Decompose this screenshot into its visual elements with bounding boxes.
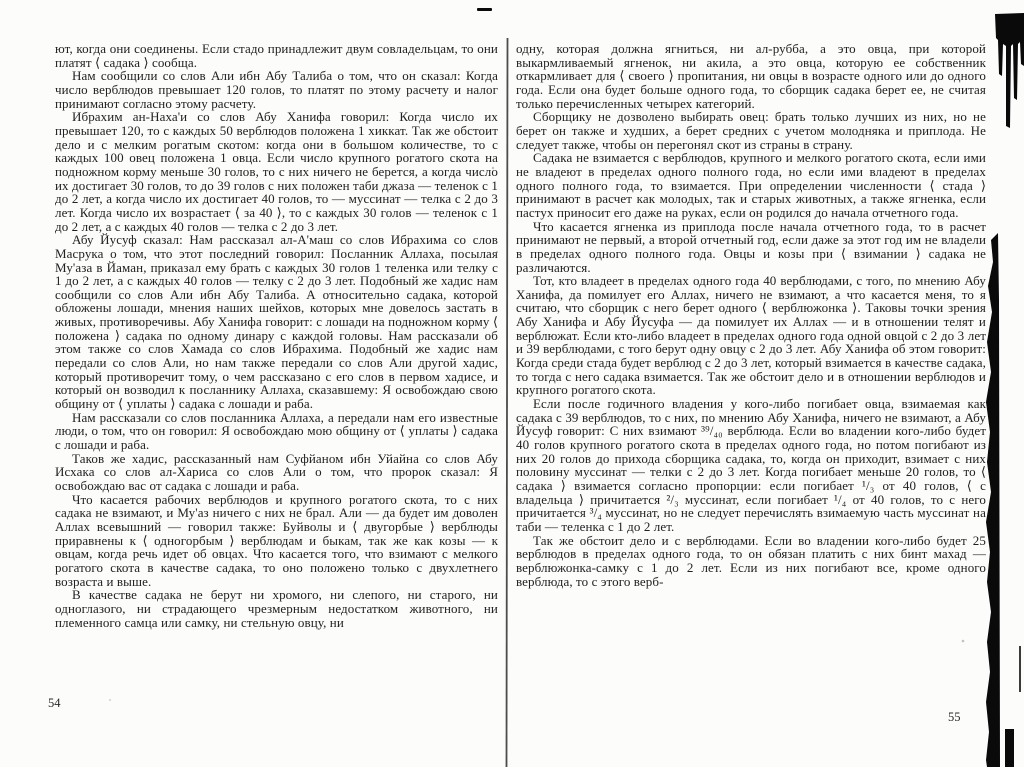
paragraph: ют, когда они соединены. Если стадо прин… <box>55 42 498 69</box>
scan-artifact-edge-line <box>1019 646 1021 692</box>
paragraph: Нам сообщили со слов Али ибн Абу Талиба … <box>55 69 498 110</box>
page-left: ют, когда они соединены. Если стадо прин… <box>55 42 498 629</box>
book-spread: ют, когда они соединены. Если стадо прин… <box>0 0 1024 767</box>
paragraph: Что касается рабочих верблюдов и крупног… <box>55 493 498 589</box>
paragraph: Что касается ягненка из приплода после н… <box>516 220 986 275</box>
paragraph: Садака не взимается с верблюдов, крупног… <box>516 151 986 219</box>
scan-artifact-corner <box>995 13 1024 128</box>
scan-artifact-edge-strip <box>986 233 1000 767</box>
scan-artifact-top-dash <box>477 8 492 11</box>
scan-speck <box>109 699 111 701</box>
paragraph: Таков же хадис, рассказанный нам Суфйано… <box>55 452 498 493</box>
paragraph: одну, которая должна ягниться, ни ал-руб… <box>516 42 986 110</box>
page-number-left: 54 <box>48 696 61 711</box>
scan-speck <box>962 640 965 643</box>
paragraph: Абу Йусуф сказал: Нам рассказал ал-А'маш… <box>55 233 498 411</box>
paragraph: Сборщику не дозволено выбирать овец: бра… <box>516 110 986 151</box>
scan-artifact-bottom-strip <box>1005 729 1014 767</box>
paragraph: Если после годичного владения у кого-либ… <box>516 397 986 534</box>
paragraph: Так же обстоит дело и с верблюдами. Если… <box>516 534 986 589</box>
paragraph: Ибрахим ан-Наха'и со слов Абу Ханифа гов… <box>55 110 498 233</box>
paragraph: Тот, кто владеет в пределах одного года … <box>516 274 986 397</box>
paragraph: Нам рассказали со слов посланника Аллаха… <box>55 411 498 452</box>
page-right: одну, которая должна ягниться, ни ал-руб… <box>516 42 986 588</box>
page-number-right: 55 <box>948 710 961 725</box>
paragraph: В качестве садака не берут ни хромого, н… <box>55 588 498 629</box>
gutter-line <box>507 38 508 767</box>
